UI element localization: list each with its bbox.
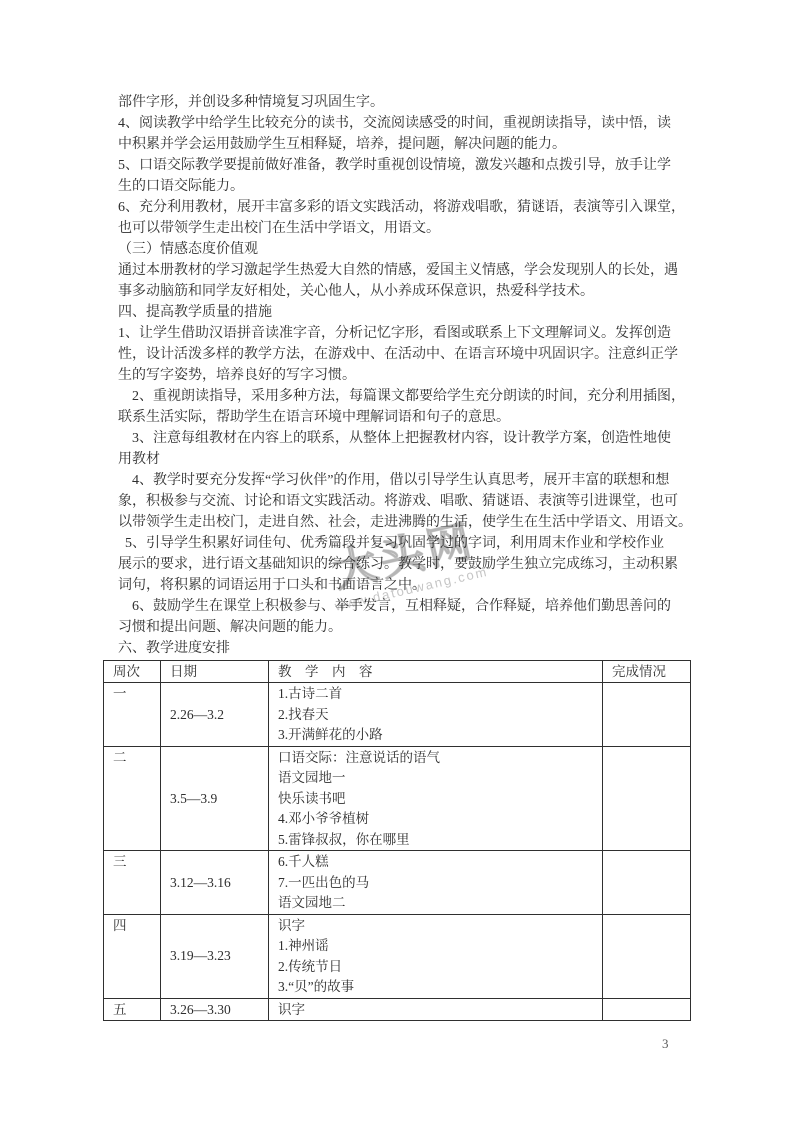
lesson-item: 1.神州谣 [278,936,596,957]
text-line: 象，积极参与交流、讨论和语文实践活动。将游戏、唱歌、猜谜语、表演等引进课堂，也可 [118,491,680,512]
week-cell: 五 [104,998,161,1021]
content-cell: 6.千人糕7.一匹出色的马语文园地二 [269,851,603,915]
lesson-item: 3.“贝”的故事 [278,977,596,998]
table-row: 三3.12—3.166.千人糕7.一匹出色的马语文园地二 [104,851,691,915]
text-line: 四、提高教学质量的措施 [118,302,680,323]
status-cell [603,746,691,851]
lesson-item: 1.古诗二首 [278,684,596,705]
date-range: 3.5—3.9 [170,789,262,810]
text-line: 用教材 [118,449,680,470]
date-cell: 3.26—3.30 [161,998,269,1021]
status-cell [603,683,691,747]
lesson-item: 识字 [278,1000,596,1021]
text-line: 中积累并学会运用鼓励学生互相释疑，培养，提问题，解决问题的能力。 [118,134,680,155]
table-row: 二3.5—3.9口语交际：注意说话的语气语文园地一快乐读书吧4.邓小爷爷植树5.… [104,746,691,851]
content-cell: 识字1.神州谣2.传统节日3.“贝”的故事 [269,914,603,998]
lesson-item: 识字 [278,916,596,937]
content-cell: 1.古诗二首2.找春天3.开满鲜花的小路 [269,683,603,747]
lesson-item: 快乐读书吧 [278,789,596,810]
date-cell: 3.5—3.9 [161,746,269,851]
lesson-item: 2.传统节日 [278,957,596,978]
content-cell: 口语交际：注意说话的语气语文园地一快乐读书吧4.邓小爷爷植树5.雷锋叔叔，你在哪… [269,746,603,851]
text-line: 展示的要求，进行语文基础知识的综合练习。教学时，要鼓励学生独立完成练习，主动积累 [118,554,680,575]
col-header-status: 完成情况 [603,661,691,683]
text-line: 以带领学生走出校门，走进自然、社会，走进沸腾的生活，使学生在生活中学语文、用语文… [118,512,680,533]
content-cell: 识字 [269,998,603,1021]
page-number: 3 [662,1036,669,1052]
lesson-item: 语文园地一 [278,768,596,789]
lesson-item: 3.开满鲜花的小路 [278,725,596,746]
table-row: 五3.26—3.30识字 [104,998,691,1021]
date-cell: 2.26—3.2 [161,683,269,747]
col-header-week: 周次 [104,661,161,683]
table-header-row: 周次日期教 学 内 容完成情况 [104,661,691,683]
date-range: 2.26—3.2 [170,705,262,726]
date-cell: 3.19—3.23 [161,914,269,998]
lesson-item: 语文园地二 [278,893,596,914]
text-line: 通过本册教材的学习激起学生热爱大自然的情感，爱国主义情感，学会发现别人的长处，遇 [118,260,680,281]
lesson-item: 4.邓小爷爷植树 [278,809,596,830]
week-label: 三 [113,852,154,873]
text-line: 六、教学进度安排 [118,638,680,659]
col-header-date: 日期 [161,661,269,683]
date-range: 3.12—3.16 [170,873,262,894]
text-line: 6、鼓励学生在课堂上积极参与、举手发言，互相释疑，合作释疑，培养他们勤思善问的 [118,596,680,617]
lesson-item: 6.千人糕 [278,852,596,873]
document-page: 大头网 www.datouwang.com 部件字形，并创设多种情境复习巩固生字… [0,0,793,1122]
text-line: 联系生活实际，帮助学生在语言环境中理解词语和句子的意思。 [118,407,680,428]
date-range: 3.19—3.23 [170,946,262,967]
status-cell [603,914,691,998]
col-header-content: 教 学 内 容 [269,661,603,683]
text-line: 习惯和提出问题、解决问题的能力。 [118,617,680,638]
lesson-item: 2.找春天 [278,705,596,726]
body-text: 部件字形，并创设多种情境复习巩固生字。4、阅读教学中给学生比较充分的读书，交流阅… [118,92,680,659]
date-range: 3.26—3.30 [170,1000,262,1021]
week-label: 一 [113,684,154,705]
text-line: 生的口语交际能力。 [118,176,680,197]
text-line: 4、教学时要充分发挥“学习伙伴”的作用，借以引导学生认真思考，展开丰富的联想和想 [118,470,680,491]
text-line: 5、口语交际教学要提前做好准备，教学时重视创设情境，激发兴趣和点拨引导，放手让学 [118,155,680,176]
text-line: 部件字形，并创设多种情境复习巩固生字。 [118,92,680,113]
date-cell: 3.12—3.16 [161,851,269,915]
schedule-table: 周次日期教 学 内 容完成情况一2.26—3.21.古诗二首2.找春天3.开满鲜… [103,660,691,1021]
table-row: 一2.26—3.21.古诗二首2.找春天3.开满鲜花的小路 [104,683,691,747]
column-header-label: 完成情况 [612,662,684,682]
column-header-label: 日期 [170,662,262,682]
week-cell: 二 [104,746,161,851]
text-line: 6、充分利用教材，展开丰富多彩的语文实践活动，将游戏唱歌，猜谜语，表演等引入课堂… [118,197,680,218]
lesson-item: 5.雷锋叔叔，你在哪里 [278,830,596,851]
status-cell [603,998,691,1021]
column-header-label: 周次 [113,662,154,682]
week-label: 二 [113,748,154,769]
text-line: 1、让学生借助汉语拼音读准字音，分析记忆字形，看图或联系上下文理解词义。发挥创造 [118,323,680,344]
table-row: 四3.19—3.23识字1.神州谣2.传统节日3.“贝”的故事 [104,914,691,998]
lesson-item: 7.一匹出色的马 [278,873,596,894]
text-line: 词句，将积累的词语运用于口头和书面语言之中。 [118,575,680,596]
week-label: 四 [113,916,154,937]
text-line: 性，设计活泼多样的教学方法，在游戏中、在活动中、在语言环境中巩固识字。注意纠正学 [118,344,680,365]
week-label: 五 [113,1000,154,1021]
text-line: 3、注意每组教材在内容上的联系，从整体上把握教材内容，设计教学方案，创造性地使 [118,428,680,449]
week-cell: 四 [104,914,161,998]
status-cell [603,851,691,915]
week-cell: 一 [104,683,161,747]
text-line: 也可以带领学生走出校门在生活中学语文，用语文。 [118,218,680,239]
text-line: 5、引导学生积累好词佳句、优秀篇段并复习巩固学过的字词，利用周末作业和学校作业 [118,533,680,554]
week-cell: 三 [104,851,161,915]
text-line: 2、重视朗读指导，采用多种方法，每篇课文都要给学生充分朗读的时间，充分利用插图， [118,386,680,407]
lesson-item: 口语交际：注意说话的语气 [278,748,596,769]
text-line: 4、阅读教学中给学生比较充分的读书，交流阅读感受的时间，重视朗读指导，读中悟，读 [118,113,680,134]
text-line: 事多动脑筋和同学友好相处，关心他人，从小养成环保意识，热爱科学技术。 [118,281,680,302]
column-header-label: 教 学 内 容 [278,662,596,682]
text-line: （三）情感态度价值观 [118,239,680,260]
text-line: 生的写字姿势，培养良好的写字习惯。 [118,365,680,386]
